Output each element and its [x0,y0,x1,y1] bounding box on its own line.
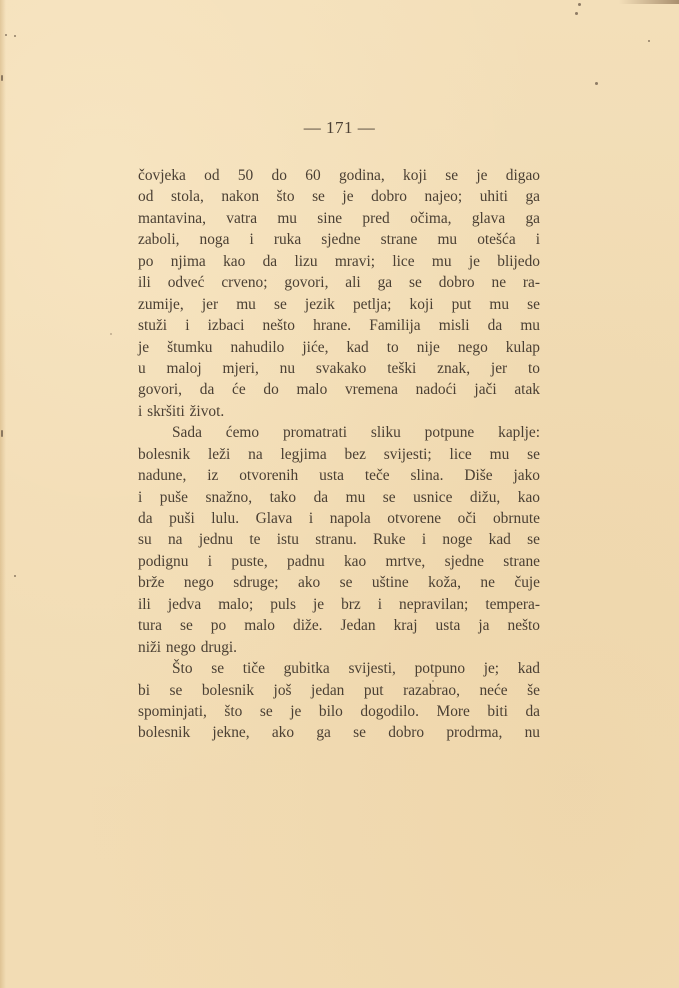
scanned-book-page: — 171 — čovjeka od 50 do 60 godina, koji… [0,0,679,988]
text-line: Sada ćemo promatrati sliku potpune kaplj… [138,422,540,443]
scan-speck [575,12,578,15]
text-line: bolesnik leži na legjima bez svijesti; l… [138,444,540,465]
page-edge-shadow [0,0,6,988]
text-line: niži nego drugi. [138,637,540,658]
text-line: govori, da će do malo vremena nadoći jač… [138,379,540,400]
text-line: nadune, iz otvorenih usta teče slina. Di… [138,465,540,486]
text-line: su na jednu te istu stranu. Ruke i noge … [138,529,540,550]
text-line: ili jedva malo; puls je brz i nepravilan… [138,594,540,615]
text-line: zumije, jer mu se jezik petlja; koji put… [138,294,540,315]
text-line: spominjati, što se je bilo dogodilo. Mor… [138,701,540,722]
text-line: i puše snažno, tako da mu se usnice dižu… [138,487,540,508]
text-line: tura se po malo diže. Jedan kraj usta ja… [138,615,540,636]
page-corner-shadow [619,0,679,4]
scan-speck [1,430,3,437]
scan-speck [1,75,3,81]
text-line: čovjeka od 50 do 60 godina, koji se je d… [138,165,540,186]
body-text: čovjeka od 50 do 60 godina, koji se je d… [138,165,540,744]
text-line: zaboli, noga i ruka sjedne strane mu ote… [138,229,540,250]
scan-speck [14,575,16,577]
paragraph: čovjeka od 50 do 60 godina, koji se je d… [138,165,540,422]
text-line: po njima kao da lizu mravi; lice mu je b… [138,251,540,272]
scan-speck [110,333,112,335]
scan-speck [14,35,16,37]
text-line: je štumku nahudilo jiće, kad to nije neg… [138,337,540,358]
text-line: stuži i izbaci nešto hrane. Familija mis… [138,315,540,336]
text-line: da puši lulu. Glava i napola otvorene oč… [138,508,540,529]
text-line: brže nego sdruge; ako se uštine koža, ne… [138,572,540,593]
scan-speck [648,40,650,42]
text-line: Što se tiče gubitka svijesti, potpuno je… [138,658,540,679]
text-line: podignu i puste, padnu kao mrtve, sjedne… [138,551,540,572]
text-line: bi se bolesnik još jedan put razabrao, n… [138,680,540,701]
paragraph: Sada ćemo promatrati sliku potpune kaplj… [138,422,540,658]
text-line: mantavina, vatra mu sine pred očima, gla… [138,208,540,229]
text-line: bolesnik jekne, ako ga se dobro prodrma,… [138,722,540,743]
text-line: i skršiti život. [138,401,540,422]
text-line: ili odveć crveno; govori, ali ga se dobr… [138,272,540,293]
paragraph: Što se tiče gubitka svijesti, potpuno je… [138,658,540,744]
page-number: — 171 — [0,118,679,138]
text-line: u maloj mjeri, nu svakako teški znak, je… [138,358,540,379]
scan-speck [595,82,598,85]
scan-speck [5,34,7,36]
text-line: od stola, nakon što se je dobro najeo; u… [138,186,540,207]
scan-speck [578,3,581,6]
